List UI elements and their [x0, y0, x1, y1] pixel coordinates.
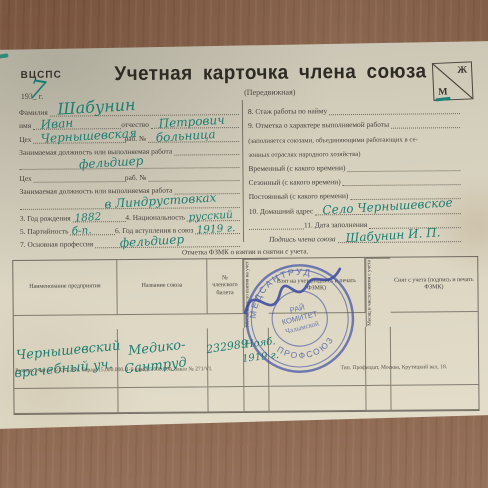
- shop2-row: Цех раб. №: [19, 168, 239, 183]
- empty-cell: [269, 386, 366, 412]
- seasonal-row: Сезонный (с какого времени): [248, 171, 460, 187]
- seasonal-label: Сезонный (с какого времени): [249, 177, 343, 187]
- nationality-label: 4. Национальность: [125, 212, 187, 222]
- worknum2-label: раб. №: [125, 173, 149, 182]
- gender-male-label: М: [438, 86, 448, 97]
- empty-cell: [244, 387, 269, 412]
- birth-value: 1882: [74, 211, 101, 225]
- temporary-label: Временный (с какого времени): [248, 163, 347, 173]
- header-dereg-date: Месяц и число снятия с учета: [365, 258, 391, 327]
- year-handwritten: 7: [27, 77, 48, 105]
- card-subtitle: (Передвижная): [105, 86, 435, 98]
- date-fill-left: [249, 219, 304, 229]
- position1-fill: [174, 145, 239, 156]
- profession-value: фельдшер: [119, 232, 184, 250]
- position2-field: в Линдрустовках: [20, 198, 240, 210]
- work-mark-row: 9. Отметка о характере выполняемой работ…: [248, 114, 460, 130]
- empty-cell: [208, 387, 244, 412]
- shop1-row: Цех Чернышевская раб. № больница: [19, 128, 239, 143]
- work-mark-fill: [391, 118, 460, 129]
- party-field: б-п.: [70, 225, 115, 235]
- union-year-value: 1919 г.: [197, 222, 236, 236]
- worknum1-value: больница: [155, 127, 216, 145]
- cell-card-number: 232989: [208, 328, 245, 387]
- form-left-column: Фамилия Шабунин имя Иван отчество Петров…: [19, 102, 240, 249]
- shop1-field: Чернышевская: [33, 133, 124, 144]
- permanent-label: Постоянный (с какого времени): [249, 191, 351, 201]
- address-label: 10. Домашний адрес: [249, 206, 316, 216]
- imprint-right: Тип. Профиздат, Москва, Крутицкий вал, 1…: [340, 364, 447, 371]
- shop2-label: Цех: [19, 174, 33, 183]
- signature-label: Подпись члена союза: [269, 234, 338, 244]
- position1-field: фельдшер: [19, 158, 239, 170]
- work-mark-label: 9. Отметка о характере выполняемой работ…: [248, 120, 391, 130]
- worknum1-field: больница: [148, 132, 239, 143]
- header-enterprise: Наименование предприятия: [13, 260, 117, 316]
- empty-cell: [366, 386, 391, 411]
- card-content: ВЦСПС 193_ г. 7 Учетная карточка члена с…: [0, 34, 488, 434]
- shop2-field: [34, 172, 125, 183]
- party-unionyear-row: 5. Партийность б-п. 6. Год вступления в …: [20, 221, 240, 236]
- position1-label: Занимаемая должность или выполняемая раб…: [19, 146, 174, 156]
- seasonal-field: [343, 175, 461, 186]
- union-membership-card: ВЦСПС 193_ г. 7 Учетная карточка члена с…: [0, 36, 488, 432]
- shop1-label: Цех: [19, 134, 33, 143]
- cell-deregistered: [391, 326, 479, 386]
- address-field: Село Чернышевское: [315, 204, 461, 215]
- teal-ink-mark: [0, 53, 9, 59]
- address-row: 10. Домашний адрес Село Чернышевское: [249, 199, 461, 215]
- empty-cell: [391, 385, 478, 411]
- temporary-field: [347, 161, 460, 172]
- temporary-row: Временный (с какого времени): [248, 157, 460, 173]
- header-deregistered: Снят с учета (подпись и печать ФЗМК): [390, 257, 477, 313]
- nationality-field: русский: [187, 211, 240, 221]
- gender-female-label: Ж: [457, 65, 467, 76]
- party-label: 5. Партийность: [20, 226, 71, 235]
- card-title: Учетная карточка члена союза: [114, 60, 424, 86]
- worknum2-field: [148, 171, 239, 182]
- party-value: б-п.: [72, 224, 93, 237]
- header-union-name: Название союза: [117, 259, 207, 315]
- profession-label: 7. Основная профессия: [20, 239, 95, 249]
- surname-label: Фамилия: [19, 108, 50, 117]
- birth-nationality-row: 3. Год рождения 1882 4. Национальность р…: [20, 208, 240, 223]
- empty-cell: [118, 387, 208, 413]
- date-label: 11. Дата заполнения: [304, 220, 369, 230]
- form-right-column: 8. Стаж работы по найму 9. Отметка о хар…: [248, 100, 461, 244]
- cell-dereg-date: [366, 327, 392, 386]
- cell-enterprise: Чернышевский врачебный уч.: [14, 329, 119, 389]
- gender-box: Ж М: [432, 61, 474, 101]
- seniority-label: 8. Стаж работы по найму: [248, 106, 329, 116]
- profession-row: 7. Основная профессия фельдшер: [20, 234, 240, 249]
- position2-value-row: в Линдрустовках: [20, 194, 240, 209]
- position1-value: фельдшер: [79, 153, 144, 171]
- profession-field: фельдшер: [95, 237, 240, 248]
- nationality-value: русский: [188, 208, 233, 223]
- union-year-field: 1919 г.: [195, 224, 240, 234]
- column-divider: [242, 100, 244, 242]
- position1-value-row: фельдшер: [19, 155, 239, 170]
- birth-label: 3. Год рождения: [20, 213, 73, 222]
- seniority-field: [329, 104, 460, 115]
- empty-cell: [14, 388, 118, 414]
- cell-union-name: Медико- Сантруд: [118, 328, 209, 388]
- seniority-row: 8. Стаж работы по найму: [248, 100, 460, 116]
- name-label: имя: [19, 121, 33, 130]
- signature-field: Шабунин И. П.: [338, 232, 462, 243]
- birth-field: 1882: [73, 212, 126, 222]
- signature-row: Подпись члена союза Шабунин И. П.: [249, 228, 461, 244]
